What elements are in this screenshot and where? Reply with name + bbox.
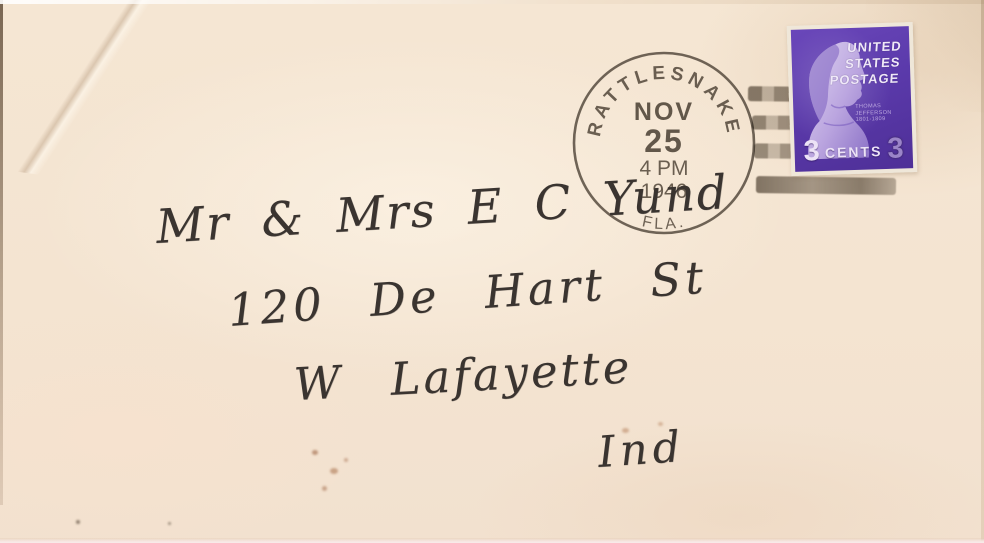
postage-stamp: UNITED STATES POSTAGE THOMAS JEFFERSON 1…	[787, 22, 918, 176]
stamp-country-text: UNITED STATES POSTAGE	[830, 38, 903, 88]
scan-edge-top	[0, 0, 984, 4]
address-city-line: W Lafayette	[293, 340, 634, 411]
stamp-numeral-right: 3	[887, 134, 904, 162]
address-state-line: Ind	[596, 422, 686, 478]
stamp-caption-line3: 1801-1809	[856, 116, 892, 124]
paper-crease	[5, 0, 160, 188]
stain-spot	[76, 520, 80, 524]
envelope-scan: RATTLESNAKE NOV 25 4 PM 1946 FLA.	[0, 0, 984, 543]
stamp-denomination: 3 CENTS 3	[794, 134, 913, 166]
stamp-caption: THOMAS JEFFERSON 1801-1809	[855, 103, 892, 124]
cancellation-bar	[756, 176, 896, 195]
stain-spot	[312, 450, 318, 455]
address-street-line: 120 De Hart St	[226, 251, 709, 337]
postmark-month: NOV	[634, 98, 694, 126]
stain-spot	[168, 522, 171, 525]
scan-edge-bottom	[0, 538, 984, 543]
stamp-design: UNITED STATES POSTAGE THOMAS JEFFERSON 1…	[791, 26, 913, 172]
stamp-cents-label: CENTS	[825, 143, 883, 161]
scan-edge-left	[0, 0, 3, 505]
stain-spot	[330, 468, 338, 474]
stamp-numeral-left: 3	[803, 137, 820, 165]
stain-spot	[322, 486, 327, 491]
address-recipient-line: Mr & Mrs E C Yund	[154, 165, 730, 255]
postmark-day: 25	[644, 123, 684, 159]
stain-spot	[344, 458, 348, 462]
stamp-country-line3: POSTAGE	[830, 70, 901, 88]
